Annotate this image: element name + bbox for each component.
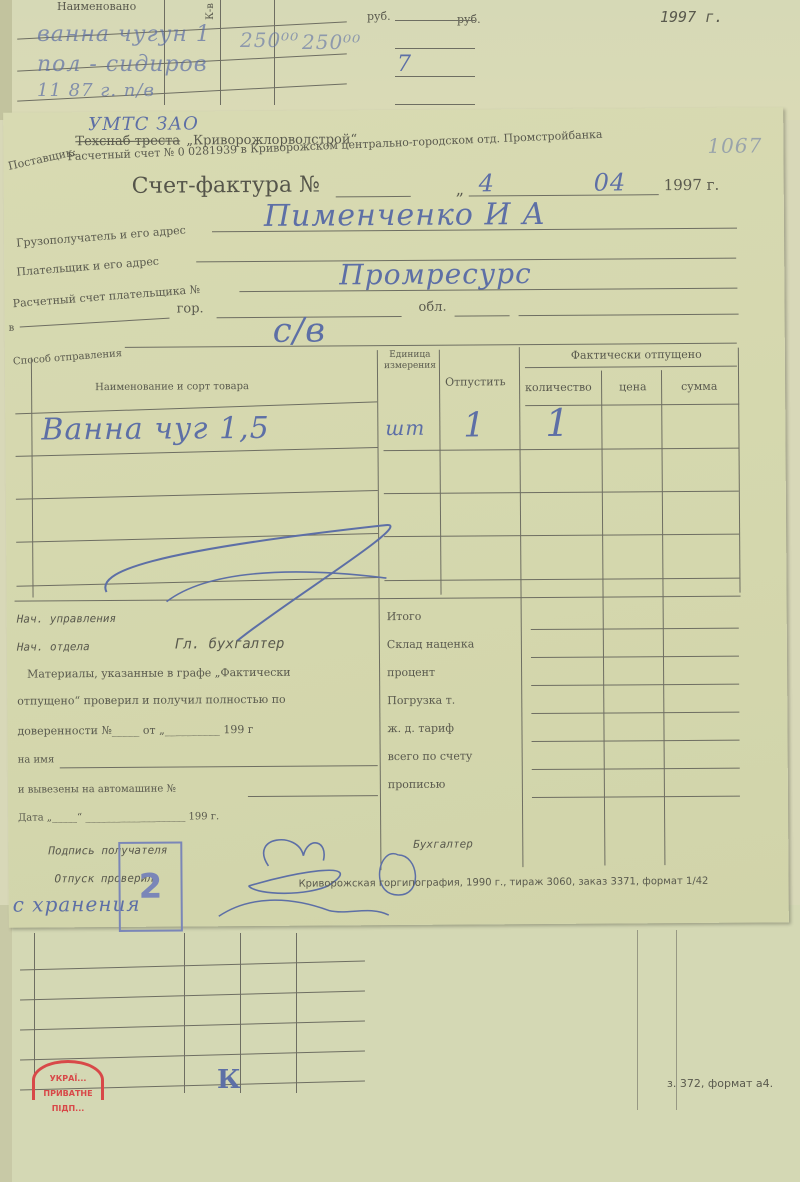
head-management: Нач. управления xyxy=(17,612,116,626)
shipping-field[interactable] xyxy=(125,343,737,348)
cancel-stroke-icon xyxy=(86,480,427,642)
exported-by-label: и вывезены на автомашине № xyxy=(18,784,176,796)
table-border xyxy=(31,358,34,598)
summary-field[interactable] xyxy=(532,740,740,742)
city-label: гор. xyxy=(176,301,203,316)
chief-accountant: Гл. бухгалтер xyxy=(175,636,285,653)
row-unit: шт xyxy=(385,416,425,440)
divider xyxy=(395,104,475,105)
payer-label: Плательщик и его адрес xyxy=(16,255,159,279)
header-name: Наименование и сорт товара xyxy=(95,381,249,393)
vehicle-number-field[interactable] xyxy=(248,795,378,797)
summary-label: прописью xyxy=(388,778,445,791)
row-line xyxy=(384,578,739,581)
row-line xyxy=(384,491,739,494)
payer-account-label: Расчетный счет плательщика № xyxy=(12,283,200,310)
divider xyxy=(20,960,365,970)
materials-text-1: Материалы, указанные в графе „Фактически xyxy=(27,666,291,681)
header-qty: количество xyxy=(525,381,592,394)
divider xyxy=(296,933,297,1093)
consignee-label: Грузополучатель и его адрес xyxy=(16,224,186,250)
summary-field[interactable] xyxy=(531,656,739,658)
date-year: 1997 г. xyxy=(664,176,720,194)
shipping-label: Способ отправления xyxy=(13,348,123,367)
handwritten-row: ванна чугун 1 xyxy=(37,22,211,47)
row-line xyxy=(384,534,739,537)
date-month: 04 xyxy=(594,168,627,196)
divider xyxy=(184,933,185,1093)
handwritten-row: пол - сидиров xyxy=(37,52,208,77)
format-text: з. 372, формат а4. xyxy=(667,1077,773,1090)
invoice-title: Счет-фактура № xyxy=(132,173,320,199)
row-release: 1 xyxy=(463,405,486,445)
divider xyxy=(20,990,365,1000)
region-label: обл. xyxy=(418,300,446,315)
row-name: Ванна чуг 1,5 xyxy=(41,411,270,448)
handwritten-price: 250⁰⁰ xyxy=(240,28,299,52)
consignee-value: Пименченко И А xyxy=(264,197,546,234)
table-border xyxy=(738,348,741,593)
summary-label: Склад наценка xyxy=(387,637,474,651)
handwritten-sum: 250⁰⁰ xyxy=(302,30,361,54)
table-column-divider xyxy=(601,371,605,866)
header-actual-group: Фактически отпущено xyxy=(571,348,702,362)
summary-label: Итого xyxy=(387,610,422,623)
header-group-divider xyxy=(525,366,737,368)
divider xyxy=(637,930,638,1110)
head-department: Нач. отдела xyxy=(17,640,90,654)
signature-icon xyxy=(208,825,439,927)
col-header-name: Наименовано xyxy=(57,0,136,13)
table-column-divider xyxy=(661,370,665,865)
stamp-text: УКРАЇ... ПРИВАТНЕ ПІДП... xyxy=(43,1074,92,1113)
divider xyxy=(34,933,35,1093)
header-price: цена xyxy=(619,380,647,393)
summary-label: процент xyxy=(387,666,435,679)
table-column-divider xyxy=(439,350,442,595)
handwritten-mark: 7 xyxy=(397,52,412,77)
divider xyxy=(395,20,475,21)
divider xyxy=(20,1020,365,1030)
handwritten-row: 11 87 г. п/в xyxy=(37,80,155,101)
row-line xyxy=(384,448,739,451)
row-line xyxy=(16,447,378,457)
col-header-qty: К-в xyxy=(205,3,216,20)
back-page-top: Наименовано К-в руб. руб. 1997 г. ванна … xyxy=(0,0,800,120)
summary-field[interactable] xyxy=(531,684,739,686)
date-field[interactable] xyxy=(469,194,659,196)
printer-line: Криворожская горгипография, 1990 г., тир… xyxy=(299,876,709,890)
summary-label: Погрузка т. xyxy=(387,694,455,707)
header-release: Отпустить xyxy=(445,375,506,388)
divider xyxy=(274,0,275,105)
header-unit: Единица измерения xyxy=(383,350,437,372)
year-label: 1997 г. xyxy=(660,8,723,26)
city-prefix-field[interactable] xyxy=(20,318,170,328)
handwritten-mark: К xyxy=(217,1065,242,1095)
region-extra-field[interactable] xyxy=(519,314,739,317)
accountant-label: Бухгалтер xyxy=(413,837,473,850)
col-header-rub-1: руб. xyxy=(367,10,391,23)
invoice-sheet: УМТС ЗАО Поставщик: Техснаб треста „Крив… xyxy=(3,107,789,927)
power-of-attorney: доверенности №_____ от „__________ 199 г xyxy=(17,723,253,738)
summary-field[interactable] xyxy=(531,628,739,630)
materials-text-2: отпущено“ проверил и получил полностью п… xyxy=(17,693,285,708)
red-stamp: УКРАЇ... ПРИВАТНЕ ПІДП... xyxy=(32,1060,104,1100)
box-stamp: 2 xyxy=(118,842,183,932)
payer-account-value: Промресурс xyxy=(339,257,532,291)
date-day: 4 xyxy=(479,169,495,197)
region-field[interactable] xyxy=(455,315,510,316)
city-prefix: в xyxy=(9,323,15,334)
summary-field[interactable] xyxy=(531,712,739,714)
in-name-of-field[interactable] xyxy=(60,765,378,768)
shipping-value: с/в xyxy=(273,310,327,350)
divider xyxy=(20,1050,365,1060)
row-qty: 1 xyxy=(545,401,570,445)
table-column-divider xyxy=(519,347,524,867)
summary-label: ж. д. тариф xyxy=(387,722,454,735)
box-stamp-number: 2 xyxy=(139,867,163,907)
summary-field[interactable] xyxy=(532,768,740,770)
supplier-handwritten: УМТС ЗАО xyxy=(88,113,199,135)
in-name-of-label: на имя xyxy=(18,754,55,765)
corner-number: 1067 xyxy=(707,133,762,157)
divider xyxy=(395,48,475,49)
header-sum: сумма xyxy=(681,380,717,393)
summary-field[interactable] xyxy=(532,796,740,798)
date-label: Дата „_____“ ____________________ 199 г. xyxy=(18,811,219,823)
summary-label: всего по счету xyxy=(388,749,473,763)
back-page-bottom: з. 372, формат а4. УКРАЇ... ПРИВАТНЕ ПІД… xyxy=(0,905,800,1182)
